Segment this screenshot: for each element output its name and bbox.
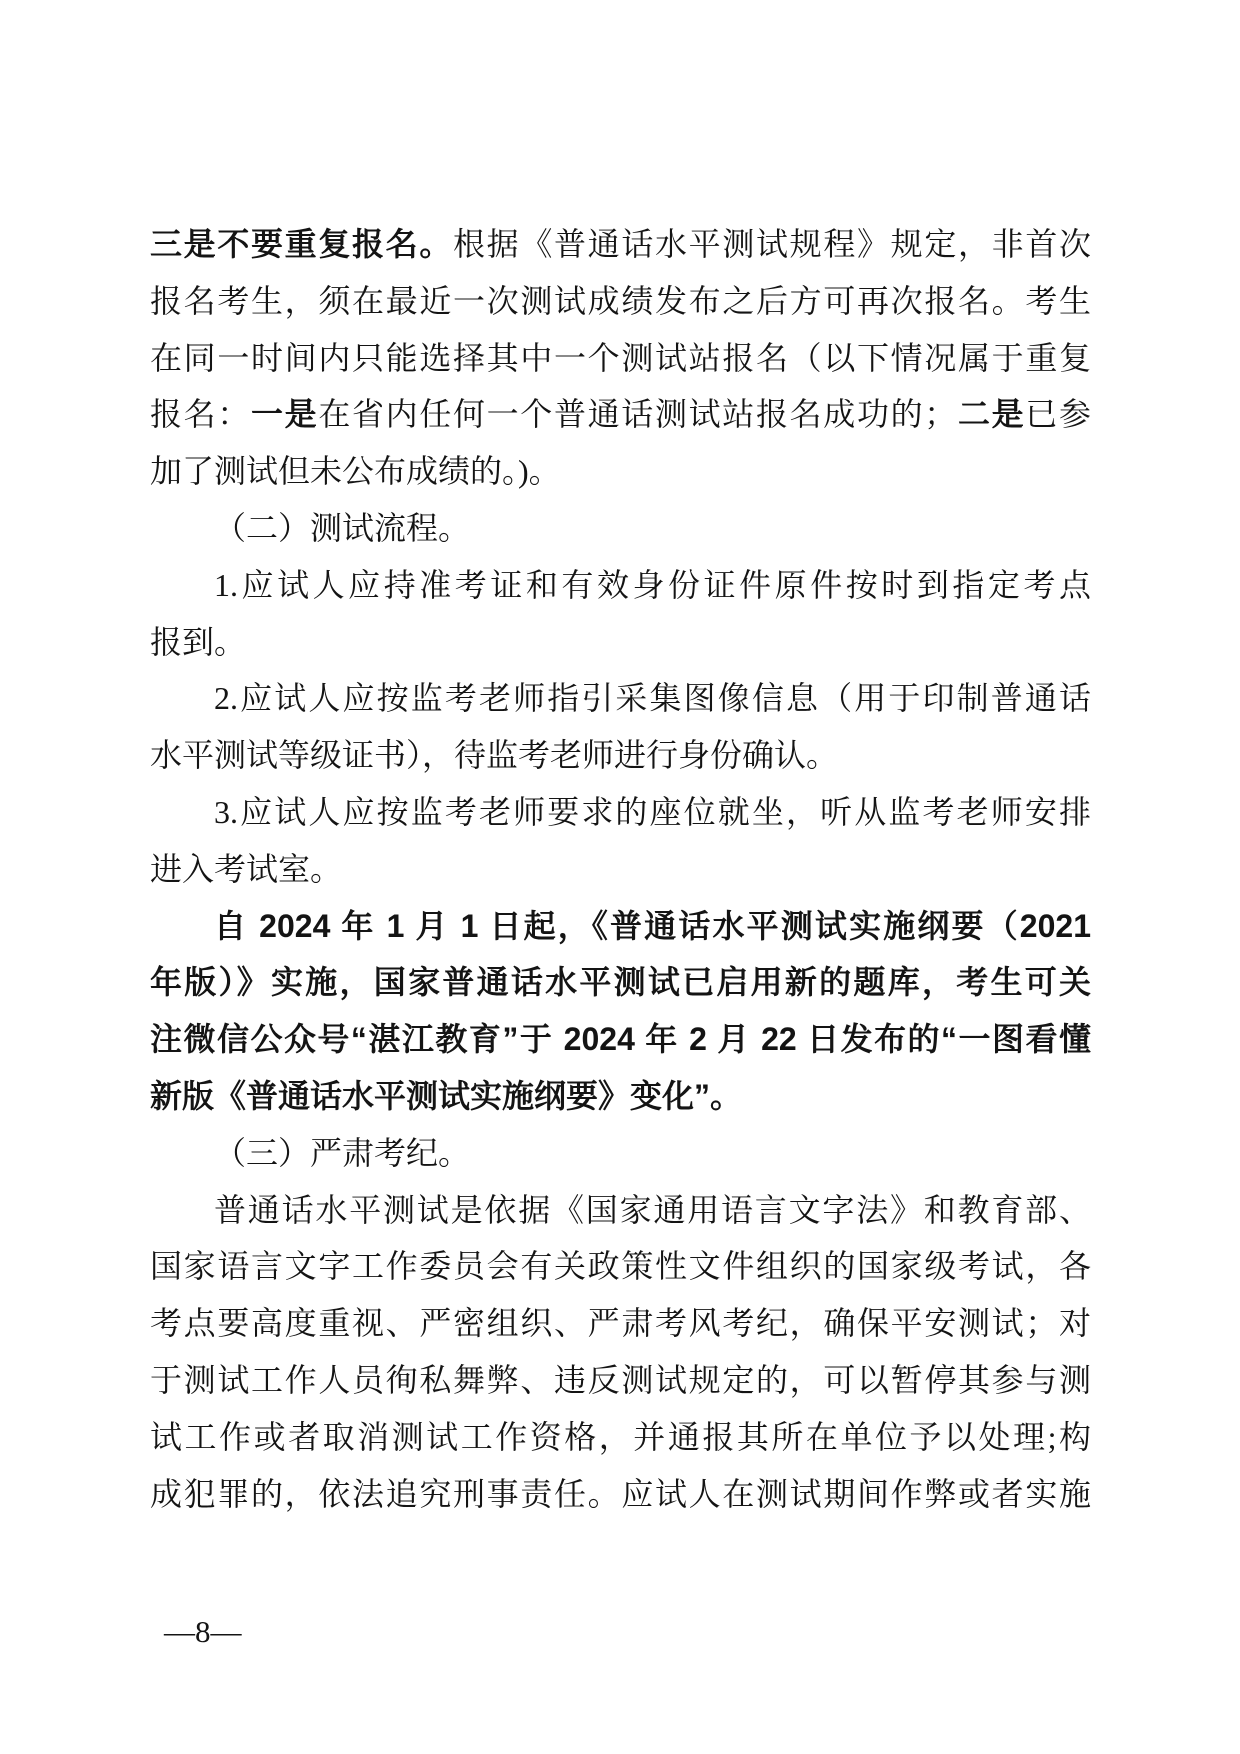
text-line: 普通话水平测试是依据《国家通用语言文字法》和教育部、 xyxy=(150,1182,1091,1239)
text-segment: 注微信公众号“湛江教育”于 2024 年 2 月 22 日发布的“一图看懂 xyxy=(150,1021,1091,1057)
text-line: 成犯罪的，依法追究刑事责任。应试人在测试期间作弊或者实施 xyxy=(150,1466,1091,1523)
text-segment: 1.应试人应持准考证和有效身份证件原件按时到指定考点 xyxy=(214,567,1091,603)
bold-text-segment: 一是 xyxy=(251,396,318,432)
text-line: 2.应试人应按监考老师指引采集图像信息（用于印制普通话 xyxy=(150,670,1091,727)
text-segment: （二）测试流程。 xyxy=(214,510,470,546)
document-body: 三是不要重复报名。根据《普通话水平测试规程》规定，非首次报名考生，须在最近一次测… xyxy=(150,216,1091,1522)
text-segment: 报名： xyxy=(150,396,251,432)
text-line: 考点要高度重视、严密组织、严肃考风考纪，确保平安测试；对 xyxy=(150,1295,1091,1352)
text-segment: 报到。 xyxy=(150,624,246,660)
text-line: 进入考试室。 xyxy=(150,841,1091,898)
text-segment: 国家语言文字工作委员会有关政策性文件组织的国家级考试，各 xyxy=(150,1248,1091,1284)
text-segment: 水平测试等级证书），待监考老师进行身份确认。 xyxy=(150,737,838,773)
text-line: 报名：一是在省内任何一个普通话测试站报名成功的；二是已参 xyxy=(150,386,1091,443)
text-line: 注微信公众号“湛江教育”于 2024 年 2 月 22 日发布的“一图看懂 xyxy=(150,1011,1091,1068)
text-line: 1.应试人应持准考证和有效身份证件原件按时到指定考点 xyxy=(150,557,1091,614)
text-segment: 在同一时间内只能选择其中一个测试站报名（以下情况属于重复 xyxy=(150,340,1091,376)
text-segment: 试工作或者取消测试工作资格，并通报其所在单位予以处理;构 xyxy=(150,1419,1091,1455)
bold-text-segment: 二是 xyxy=(956,396,1025,432)
text-line: 3.应试人应按监考老师要求的座位就坐，听从监考老师安排 xyxy=(150,784,1091,841)
text-segment: 3.应试人应按监考老师要求的座位就坐，听从监考老师安排 xyxy=(214,794,1091,830)
text-segment: 在省内任何一个普通话测试站报名成功的； xyxy=(318,396,956,432)
text-segment: 已参 xyxy=(1025,396,1091,432)
text-segment: 考点要高度重视、严密组织、严肃考风考纪，确保平安测试；对 xyxy=(150,1305,1091,1341)
text-line: （二）测试流程。 xyxy=(150,500,1091,557)
text-segment: 进入考试室。 xyxy=(150,851,342,887)
text-segment: 于测试工作人员徇私舞弊、违反测试规定的，可以暂停其参与测 xyxy=(150,1362,1091,1398)
text-segment: 根据《普通话水平测试规程》规定，非首次 xyxy=(453,226,1091,262)
text-segment: 自 2024 年 1 月 1 日起，《普通话水平测试实施纲要（2021 xyxy=(214,908,1091,944)
text-line: 于测试工作人员徇私舞弊、违反测试规定的，可以暂停其参与测 xyxy=(150,1352,1091,1409)
text-line: 试工作或者取消测试工作资格，并通报其所在单位予以处理;构 xyxy=(150,1409,1091,1466)
text-line: （三）严肃考纪。 xyxy=(150,1125,1091,1182)
document-page: 三是不要重复报名。根据《普通话水平测试规程》规定，非首次报名考生，须在最近一次测… xyxy=(0,0,1240,1754)
bold-text-segment: 三是不要重复报名。 xyxy=(150,226,453,262)
text-line: 水平测试等级证书），待监考老师进行身份确认。 xyxy=(150,727,1091,784)
text-segment: 新版《普通话水平测试实施纲要》变化”。 xyxy=(150,1078,742,1114)
text-segment: 普通话水平测试是依据《国家通用语言文字法》和教育部、 xyxy=(214,1192,1091,1228)
text-line: 三是不要重复报名。根据《普通话水平测试规程》规定，非首次 xyxy=(150,216,1091,273)
text-segment: 报名考生，须在最近一次测试成绩发布之后方可再次报名。考生 xyxy=(150,283,1091,319)
text-line: 新版《普通话水平测试实施纲要》变化”。 xyxy=(150,1068,1091,1125)
text-line: 报到。 xyxy=(150,614,1091,671)
text-line: 加了测试但未公布成绩的。)。 xyxy=(150,443,1091,500)
text-segment: 年版）》实施，国家普通话水平测试已启用新的题库，考生可关 xyxy=(150,964,1091,1000)
text-segment: 2.应试人应按监考老师指引采集图像信息（用于印制普通话 xyxy=(214,680,1091,716)
text-line: 报名考生，须在最近一次测试成绩发布之后方可再次报名。考生 xyxy=(150,273,1091,330)
page-number: —8— xyxy=(164,1612,242,1652)
text-line: 国家语言文字工作委员会有关政策性文件组织的国家级考试，各 xyxy=(150,1238,1091,1295)
text-line: 自 2024 年 1 月 1 日起，《普通话水平测试实施纲要（2021 xyxy=(150,898,1091,955)
text-segment: （三）严肃考纪。 xyxy=(214,1135,470,1171)
text-segment: 成犯罪的，依法追究刑事责任。应试人在测试期间作弊或者实施 xyxy=(150,1476,1091,1512)
text-line: 在同一时间内只能选择其中一个测试站报名（以下情况属于重复 xyxy=(150,330,1091,387)
text-line: 年版）》实施，国家普通话水平测试已启用新的题库，考生可关 xyxy=(150,954,1091,1011)
text-segment: 加了测试但未公布成绩的。)。 xyxy=(150,453,561,489)
